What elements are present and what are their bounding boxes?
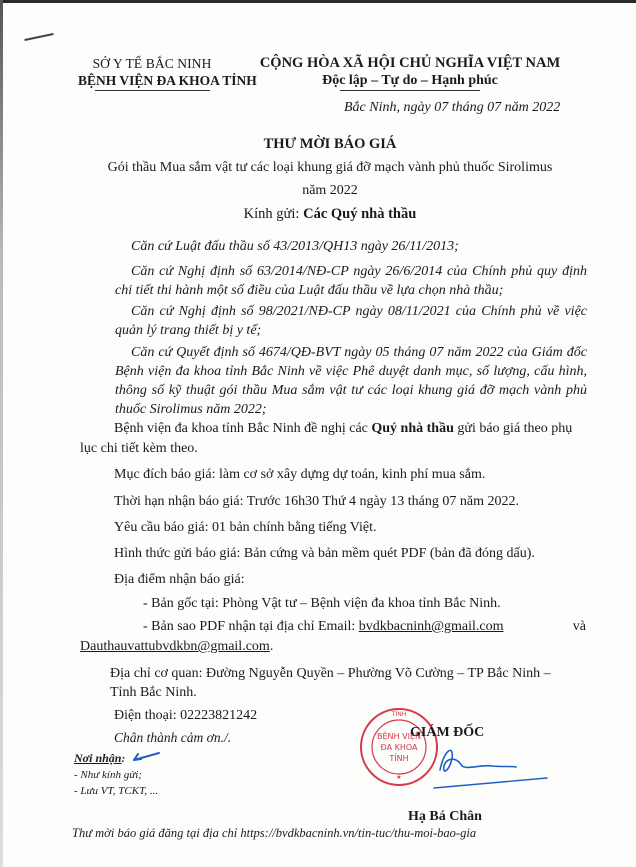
signer-name: Hạ Bá Chân xyxy=(408,809,482,825)
request-bold: Quý nhà thầu xyxy=(371,421,453,436)
submission-format: Hình thức gửi báo giá: Bản cứng và bản m… xyxy=(114,546,535,562)
hospital-name: BỆNH VIỆN ĐA KHOA TỈNH xyxy=(78,72,226,89)
requirement: Yêu cầu báo giá: 01 bản chính bằng tiếng… xyxy=(114,520,377,536)
check-mark-icon xyxy=(133,750,161,762)
stamp-ring-text: TỈNH xyxy=(391,710,406,718)
greeting: Kính gửi: Các Quý nhà thầu xyxy=(60,206,600,223)
legal-basis-4: Căn cứ Quyết định số 4674/QĐ-BVT ngày 05… xyxy=(115,343,587,419)
email-joiner: và xyxy=(573,619,586,635)
handwritten-signature xyxy=(432,740,552,790)
recipient-item: - Lưu VT, TCKT, ... xyxy=(74,783,158,799)
national-header-block: CỘNG HÒA XÃ HỘI CHỦ NGHĨA VIỆT NAM Độc l… xyxy=(235,55,585,91)
date-line: Bắc Ninh, ngày 07 tháng 07 năm 2022 xyxy=(344,100,560,116)
pen-mark xyxy=(24,33,54,41)
purpose: Mục đích báo giá: làm cơ sở xây dựng dự … xyxy=(114,467,485,483)
email-link-1[interactable]: bvdkbacninh@gmail.com xyxy=(359,619,504,634)
legal-basis-3: Căn cứ Nghị định số 98/2021/NĐ-CP ngày 0… xyxy=(115,302,587,340)
document-title: THƯ MỜI BÁO GIÁ xyxy=(60,136,600,153)
parent-agency: SỞ Y TẾ BẮC NINH xyxy=(78,55,226,72)
closing: Chân thành cảm ơn./. xyxy=(114,730,231,746)
request-line-1: Bệnh viện đa khoa tỉnh Bắc Ninh đề nghị … xyxy=(114,421,572,437)
scan-left-edge xyxy=(0,0,3,867)
issuing-agency-block: SỞ Y TẾ BẮC NINH BỆNH VIỆN ĐA KHOA TỈNH xyxy=(78,55,226,91)
national-motto: Độc lập – Tự do – Hạnh phúc xyxy=(235,72,585,89)
recipients-label: Nơi nhận xyxy=(74,751,121,765)
svg-text:★: ★ xyxy=(396,774,401,781)
official-seal: TỈNH BỆNH VIỆN ĐA KHOA TỈNH ★ xyxy=(358,706,440,788)
deadline: Thời hạn nhận báo giá: Trước 16h30 Thứ 4… xyxy=(114,494,519,510)
stamp-line-2: ĐA KHOA xyxy=(381,743,418,752)
address-line-2: Tỉnh Bắc Ninh. xyxy=(110,685,197,701)
greeting-target: Các Quý nhà thầu xyxy=(303,206,416,222)
email-link-2[interactable]: Dauthauvattubvdkbn@gmail.com xyxy=(80,639,270,654)
location-original: - Bản gốc tại: Phòng Vật tư – Bệnh viện … xyxy=(143,596,501,612)
location-copy-line-2: Dauthauvattubvdkbn@gmail.com. xyxy=(80,639,273,655)
address-line-1: Địa chỉ cơ quan: Đường Nguyễn Quyền – Ph… xyxy=(110,666,551,682)
phone: Điện thoại: 02223821242 xyxy=(114,708,257,724)
request-suffix: gửi báo giá theo phụ xyxy=(454,421,572,436)
recipients-colon: : xyxy=(121,753,125,765)
subject-line-1: Gói thầu Mua sắm vật tư các loại khung g… xyxy=(60,160,600,176)
agency-underline xyxy=(95,90,210,91)
motto-underline xyxy=(340,90,480,91)
location-copy-prefix: - Bản sao PDF nhận tại địa chỉ Email: xyxy=(143,619,359,634)
footer-note: Thư mời báo giá đăng tại địa chỉ https:/… xyxy=(72,826,476,841)
stamp-line-3: TỈNH xyxy=(388,752,408,763)
signer-title: GIÁM ĐỐC xyxy=(410,725,484,741)
subject-line-2: năm 2022 xyxy=(60,183,600,199)
legal-basis-1: Căn cứ Luật đấu thầu số 43/2013/QH13 ngà… xyxy=(131,239,459,255)
email-2-suffix: . xyxy=(270,639,274,654)
location-copy: - Bản sao PDF nhận tại địa chỉ Email: bv… xyxy=(143,619,586,635)
legal-basis-2: Căn cứ Nghị định số 63/2014/NĐ-CP ngày 2… xyxy=(115,262,587,300)
recipient-item: - Như kính gửi; xyxy=(74,767,158,783)
scan-top-edge xyxy=(0,0,636,3)
request-line-2: lục chi tiết kèm theo. xyxy=(80,441,198,457)
greeting-prefix: Kính gửi: xyxy=(244,206,303,222)
location-label: Địa điểm nhận báo giá: xyxy=(114,572,245,588)
national-title: CỘNG HÒA XÃ HỘI CHỦ NGHĨA VIỆT NAM xyxy=(235,55,585,72)
request-prefix: Bệnh viện đa khoa tỉnh Bắc Ninh đề nghị … xyxy=(114,421,371,436)
